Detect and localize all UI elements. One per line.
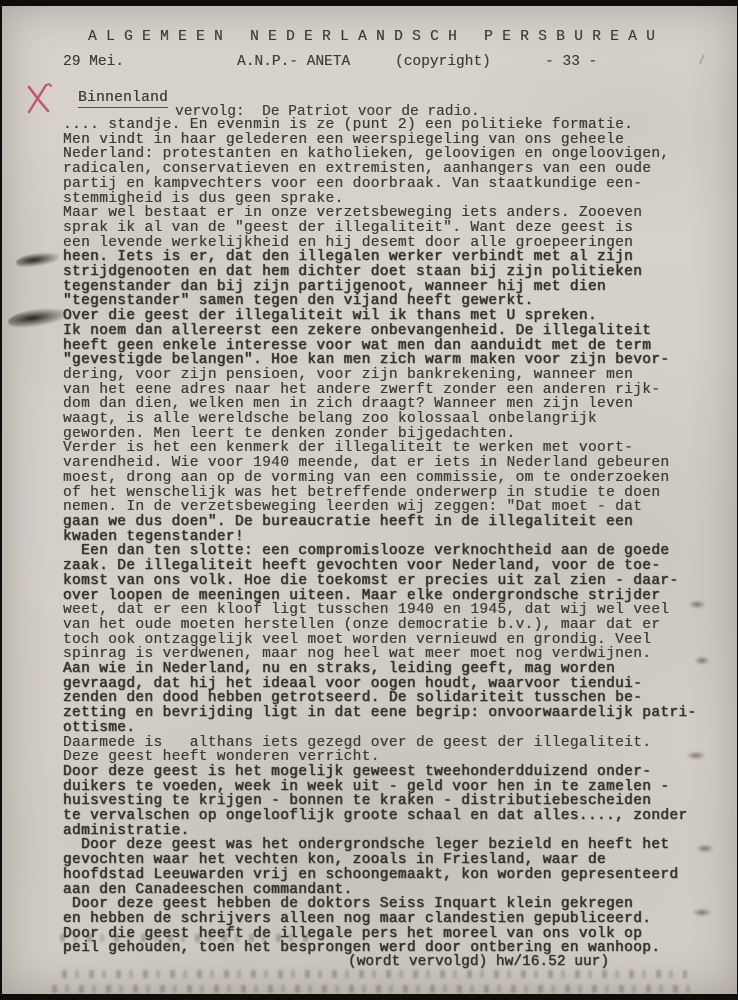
doc-line: zetting en bevrijding ligt in dat eene b… xyxy=(63,706,723,721)
document-scan: A L G E M E E N N E D E R L A N D S C H … xyxy=(0,0,738,1000)
doc-line: zaak. De illegaliteit heeft gevochten vo… xyxy=(63,559,723,574)
doc-line: spinrag is verdwenen, maar nog heel wat … xyxy=(63,647,723,662)
doc-line: en hebben de schrijvers alleen nog maar … xyxy=(63,912,723,927)
doc-line: komst van ons volk. Hoe die toekomst er … xyxy=(63,574,723,589)
doc-line: Deze geest heeft wonderen verricht. xyxy=(63,750,723,765)
doc-line: "tegenstander" samen tegen den vijand he… xyxy=(63,294,723,309)
doc-line: "gevestigde belangen". Hoe kan men zich … xyxy=(63,353,723,368)
doc-line: Door deze geest is het mogelijk geweest … xyxy=(63,765,723,780)
doc-line: heen. Iets is er, dat den illegalen werk… xyxy=(63,250,723,265)
doc-line: Maar wel bestaat er in onze verzetsbeweg… xyxy=(63,206,723,221)
doc-line: gevochten waar het vechten kon, zooals i… xyxy=(63,853,723,868)
page-number: - 33 - xyxy=(545,54,597,70)
doc-line: Over die geest der illegaliteit wil ik t… xyxy=(63,309,723,324)
copyright-note: (copyright) xyxy=(395,54,491,70)
article-body: .... standje. En evenmin is ze (punt 2) … xyxy=(63,118,723,956)
red-x-annotation-icon xyxy=(25,82,53,116)
doc-line: Men vindt in haar gelederen een weerspie… xyxy=(63,133,723,148)
doc-line: gaan we dus doen". De bureaucratie heeft… xyxy=(63,515,723,530)
ghost-text-row xyxy=(52,985,697,993)
doc-line: stemmigheid is dus geen sprake. xyxy=(63,192,723,207)
doc-line: hoofdstad Leeuwarden vrij en schoongemaa… xyxy=(63,868,723,883)
doc-line: toch ook ontzaggelijk veel moet worden v… xyxy=(63,633,723,648)
doc-line: moest, drong aan op de vorming van een c… xyxy=(63,471,723,486)
doc-line: ottisme. xyxy=(63,721,723,736)
doc-line: geworden. Men leert te denken zonder bij… xyxy=(63,427,723,442)
paper-page: A L G E M E E N N E D E R L A N D S C H … xyxy=(2,6,737,994)
doc-line: van het eene adres naar het andere zwerf… xyxy=(63,383,723,398)
doc-line: van het oude moeten herstellen (onze dem… xyxy=(63,618,723,633)
doc-line: Door deze geest hebben de doktors Seiss … xyxy=(63,897,723,912)
doc-line: varendheid. Wie voor 1940 meende, dat er… xyxy=(63,456,723,471)
doc-line: te vervalschen op ongelooflijk groote sc… xyxy=(63,809,723,824)
doc-line: weet, dat er een kloof ligt tusschen 194… xyxy=(63,603,723,618)
ink-speck xyxy=(692,908,712,917)
doc-line: Aan wie in Nederland, nu en straks, leid… xyxy=(63,662,723,677)
doc-line: nemen. In de verzetsbeweging leerden wij… xyxy=(63,500,723,515)
doc-line: Daarmede is althans iets gezegd over de … xyxy=(63,736,723,751)
doc-line: Door deze geest was het ondergrondsche l… xyxy=(63,838,723,853)
doc-line: huisvesting te krijgen - bonnen te krake… xyxy=(63,794,723,809)
doc-line: Ik noem dan allereerst een zekere onbeva… xyxy=(63,324,723,339)
ghost-text-row xyxy=(62,970,687,978)
signoff-line: (wordt vervolgd) hw/16.52 uur) xyxy=(348,954,609,970)
doc-line: sprak ik al van de "geest der illegalite… xyxy=(63,221,723,236)
pencil-mark xyxy=(699,54,712,67)
ghost-text-row xyxy=(60,934,310,942)
doc-line: Verder is het een kenmerk der illegalite… xyxy=(63,441,723,456)
doc-line: dering, voor zijn pensioen, voor zijn ba… xyxy=(63,368,723,383)
ink-smudge xyxy=(7,305,69,329)
doc-line: over loopen de meeningen uiteen. Maar el… xyxy=(63,589,723,604)
date-line: 29 Mei. xyxy=(63,54,124,70)
doc-line: .... standje. En evenmin is ze (punt 2) … xyxy=(63,118,723,133)
doc-line: radicalen, conservatieven en extremisten… xyxy=(63,162,723,177)
doc-line: strijdgenooten en dat hem dichter doet s… xyxy=(63,265,723,280)
doc-line: partij en kampvechters voor een doorbraa… xyxy=(63,177,723,192)
doc-line: dom dan dien, welken men in zich draagt?… xyxy=(63,397,723,412)
ink-speck xyxy=(686,751,706,760)
ink-speck xyxy=(688,600,706,609)
section-heading: Binnenland xyxy=(78,90,168,108)
agency-name: A L G E M E E N N E D E R L A N D S C H … xyxy=(88,29,655,45)
doc-line: waagt, is alle wereldsche belang zoo kol… xyxy=(63,412,723,427)
ink-speck xyxy=(696,844,714,853)
doc-line: Een dan ten slotte: een compromislooze v… xyxy=(63,544,723,559)
doc-line: Nederland: protestanten en katholieken, … xyxy=(63,147,723,162)
doc-line: of het wenschelijk was het betreffende o… xyxy=(63,486,723,501)
ink-smudge xyxy=(15,250,60,268)
ink-speck xyxy=(694,656,710,665)
doc-line: zenden den dood hebben getrotseerd. De s… xyxy=(63,691,723,706)
bureau-name: A.N.P.- ANETA xyxy=(237,54,350,70)
